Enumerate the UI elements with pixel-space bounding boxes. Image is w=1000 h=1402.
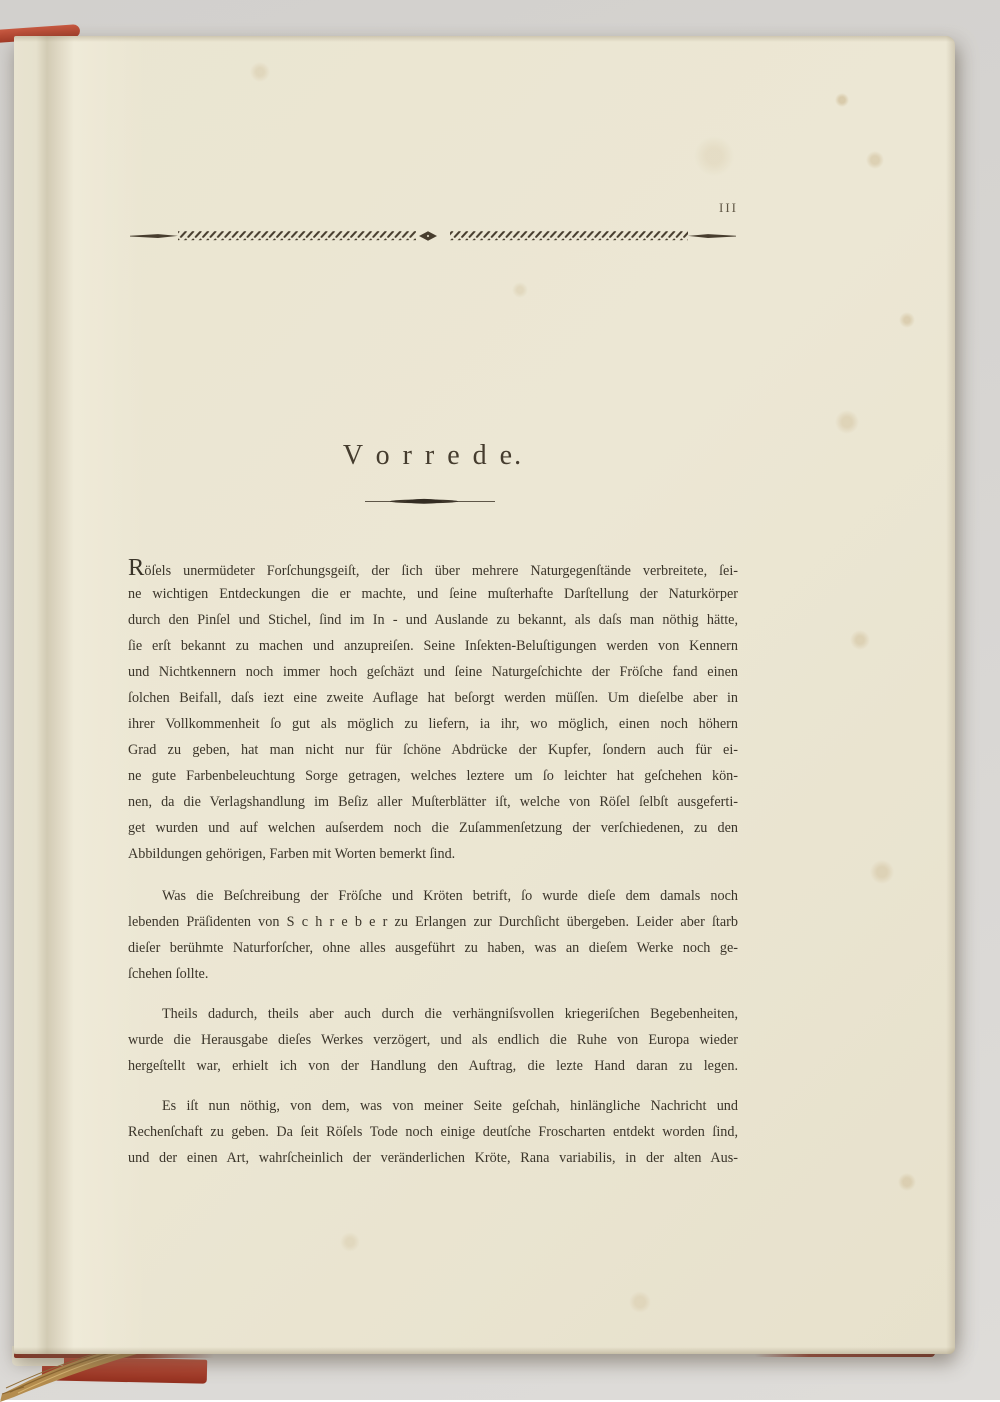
text-line: ne wichtigen Entdeckungen die er machte,… xyxy=(128,581,738,607)
text-line: wurde die Herausgabe dieſes Werkes verzö… xyxy=(128,1027,738,1053)
text-line: Rechenſchaft zu geben. Da ſeit Röſels To… xyxy=(128,1119,738,1145)
text-line: Grad zu geben, hat man nicht nur für ſch… xyxy=(128,737,738,763)
text-line: Es iſt nun nöthig, von dem, was von mein… xyxy=(128,1093,738,1119)
photo-backdrop: III V o r r e d e. Röſels unermüdeter Fo… xyxy=(0,0,1000,1400)
title-rule-icon xyxy=(364,498,496,505)
text-line: durch den Pinſel und Stichel, ſind im In… xyxy=(128,607,738,633)
text-line: und der einen Art, wahrſcheinlich der ve… xyxy=(128,1145,738,1171)
text-line: ihrer Vollkommenheit ſo gut als möglich … xyxy=(128,711,738,737)
text-line: ſchehen ſollte. xyxy=(128,961,738,987)
text-line: Was die Beſchreibung der Fröſche und Krö… xyxy=(128,883,738,909)
text-line: Röſels unermüdeter Forſchungsgeiſt, der … xyxy=(128,555,738,581)
text-line: lebenden Präſidenten von S c h r e b e r… xyxy=(128,909,738,935)
page-number: III xyxy=(128,200,738,216)
text-line: Theils dadurch, theils aber auch durch d… xyxy=(128,1001,738,1027)
text-line: hergeſtellt war, erhielt ich von der Han… xyxy=(128,1053,738,1079)
braided-rule-icon xyxy=(128,230,738,242)
drop-initial: R xyxy=(128,555,144,581)
text-line: dieſer berühmte Naturforſcher, ohne alle… xyxy=(128,935,738,961)
book-page: III V o r r e d e. Röſels unermüdeter Fo… xyxy=(14,36,955,1354)
text-line: nen, da die Verlagshandlung im Beſiz all… xyxy=(128,789,738,815)
text-line: Abbildungen gehörigen, Farben mit Worten… xyxy=(128,841,738,867)
text-line: ne gute Farbenbeleuchtung Sorge getragen… xyxy=(128,763,738,789)
text-line: ſolchen Beifall, daſs iezt eine zweite A… xyxy=(128,685,738,711)
text-line: und Nichtkennern noch immer hoch geſchäz… xyxy=(128,659,738,685)
preface-title: V o r r e d e. xyxy=(128,440,738,472)
text-line: get wurden und auf welchen auſserdem noc… xyxy=(128,815,738,841)
paragraph-1: Röſels unermüdeter Forſchungsgeiſt, der … xyxy=(128,555,738,867)
text-line: ſie erſt bekannt zu machen und anzupreiſ… xyxy=(128,633,738,659)
paragraph-3: Theils dadurch, theils aber auch durch d… xyxy=(128,1001,738,1079)
paragraph-4: Es iſt nun nöthig, von dem, was von mein… xyxy=(128,1093,738,1171)
paragraph-2: Was die Beſchreibung der Fröſche und Krö… xyxy=(128,883,738,987)
